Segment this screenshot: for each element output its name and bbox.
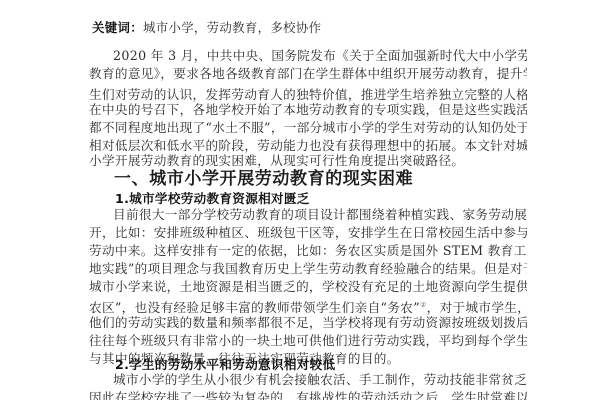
keywords-value: 城市小学，劳动教育，多校协作 bbox=[143, 20, 321, 35]
footnote-mark-2: ② bbox=[420, 301, 427, 309]
sub1-line-6-tail: ，对于城市学生， bbox=[427, 300, 527, 315]
sub2-line-1: 城市小学的学生从小很少有机会接触农活、手工制作，劳动技能非常贫乏。 bbox=[89, 371, 527, 389]
section-heading-1: 一、城市小学开展劳动教育的现实困难 bbox=[114, 164, 413, 189]
sub1-line-3: 劳动中来。这样安排有一定的依据，比如：务农区实质是国外 STEM 教育工程中“土 bbox=[89, 242, 527, 260]
subsection-heading-1: 1.城市学校劳动教育资源相对匮乏 bbox=[115, 188, 310, 207]
sub2-line-2: 因此在学校安排了一些较为复杂的、有挑战性的劳动活动之后，学生时常难以完 bbox=[89, 389, 527, 400]
sub1-line-6-text: 农区”，也没有经验足够丰富的教师带领学生们亲自“务农” bbox=[89, 300, 420, 315]
sub1-line-2: 开，比如：安排班级种植区、班级包干区等，安排学生在日常校园生活中参与到 bbox=[89, 224, 527, 242]
intro-line-5: 都不同程度地出现了“水土不服”，一部分城市小学的学生对劳动的认知仍处于 bbox=[89, 119, 527, 137]
intro-line-2: 教育的意见》，要求各地各级教育部门在学生群体中组织开展劳动教育，提升学 bbox=[89, 65, 527, 83]
sub1-line-7: 他们的劳动实践的数量和频率都很不足，当学校将现有劳动资源按班级划拨后， bbox=[89, 314, 527, 332]
intro-line-3-text: 生们对劳动的认识，发挥劳动育人的独特价值，推进学生培养独立完整的人格。 bbox=[89, 87, 527, 102]
sub1-line-8: 往往每个班级只有非常小的一块土地可供他们进行劳动实践，平均到每个学生参 bbox=[89, 332, 527, 350]
keywords-line: 关键词：城市小学，劳动教育，多校协作 bbox=[92, 19, 530, 37]
sub1-line-5: 城市小学来说，土地资源是相当匮乏的，学校没有充足的土地资源向学生提供“务 bbox=[89, 278, 527, 296]
sub1-line-1: 目前很大一部分学校劳动教育的项目设计都围绕着种植实践、家务劳动展 bbox=[89, 206, 527, 224]
sub1-line-4: 地实践”的项目理念与我国教育历史上学生劳动教育经验融合的结果。但是对于 bbox=[89, 260, 527, 278]
document-page: 关键词：城市小学，劳动教育，多校协作 2020 年 3 月，中共中央、国务院发布… bbox=[0, 0, 600, 400]
keywords-label: 关键词： bbox=[92, 20, 143, 35]
intro-line-1: 2020 年 3 月，中共中央、国务院发布《关于全面加强新时代大中小学劳动 bbox=[89, 47, 527, 65]
intro-line-4: 在中央的号召下，各地学校开始了本地劳动教育的专项实践，但是这些实践活动 bbox=[89, 101, 527, 119]
